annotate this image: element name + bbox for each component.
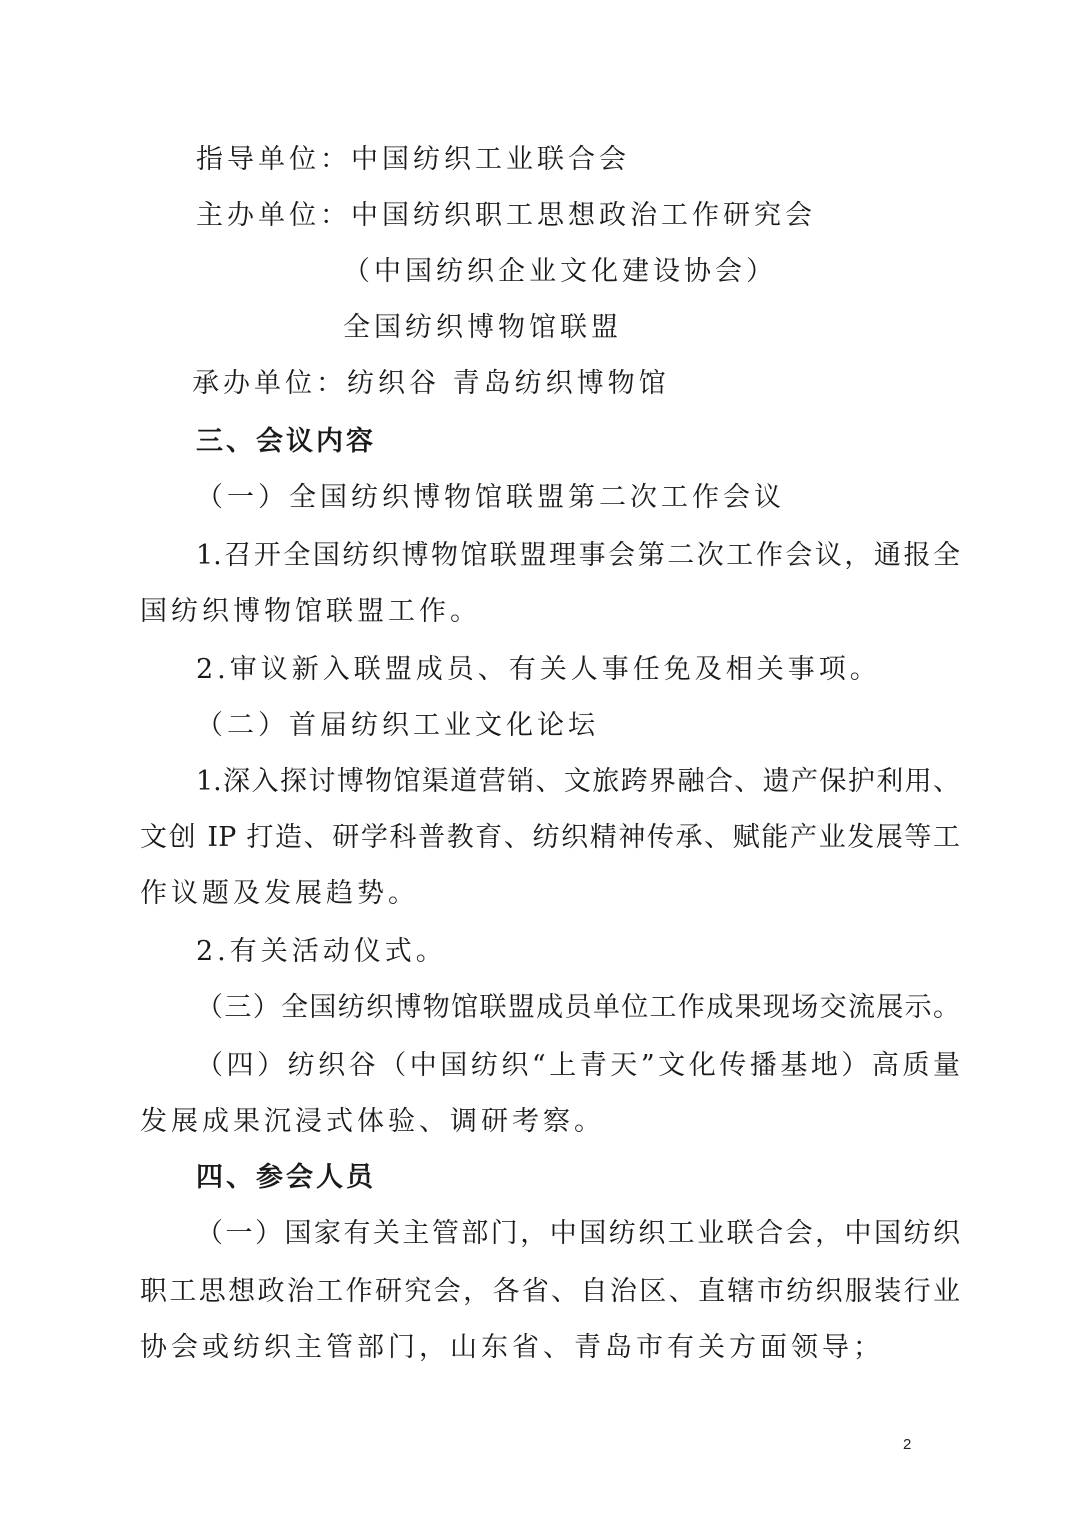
section-3-part-3: （三）全国纺织博物馆联盟成员单位工作成果现场交流展示。 <box>196 988 960 1028</box>
section-3-part-1-title: （一）全国纺织博物馆联盟第二次工作会议 <box>196 478 785 518</box>
section-3-part-2-title: （二）首届纺织工业文化论坛 <box>196 706 599 746</box>
section-3-part-1-item-1: 1.召开全国纺织博物馆联盟理事会第二次工作会议，通报全 <box>196 536 960 576</box>
section-3-part-2-item-1: 1.深入探讨博物馆渠道营销、文旅跨界融合、遗产保护利用、 <box>196 762 960 802</box>
section-4-part-1-end: 协会或纺织主管部门，山东省、青岛市有关方面领导； <box>140 1328 884 1368</box>
undertaking-unit: 承办单位：纺织谷 青岛纺织博物馆 <box>192 364 670 404</box>
hosting-unit: 主办单位：中国纺织职工思想政治工作研究会 <box>196 196 816 236</box>
section-3-part-2-item-2: 2.有关活动仪式。 <box>196 932 447 972</box>
section-4-part-1: （一）国家有关主管部门，中国纺织工业联合会，中国纺织 <box>196 1214 960 1254</box>
section-4-part-1-cont: 职工思想政治工作研究会，各省、自治区、直辖市纺织服装行业 <box>140 1272 960 1312</box>
hosting-unit-second: 全国纺织博物馆联盟 <box>343 308 622 348</box>
section-3-heading: 三、会议内容 <box>196 422 376 462</box>
section-3-part-2-item-1-cont: 文创 IP 打造、研学科普教育、纺织精神传承、赋能产业发展等工 <box>140 818 960 858</box>
section-3-part-1-item-2: 2.审议新入联盟成员、有关人事任免及相关事项。 <box>196 650 881 690</box>
section-3-part-4-cont: 发展成果沉浸式体验、调研考察。 <box>140 1102 605 1142</box>
section-3-part-1-item-1-cont: 国纺织博物馆联盟工作。 <box>140 592 481 632</box>
guiding-unit: 指导单位：中国纺织工业联合会 <box>196 140 630 180</box>
hosting-unit-alias: （中国纺织企业文化建设协会） <box>343 252 777 292</box>
section-3-part-4: （四）纺织谷（中国纺织“上青天”文化传播基地）高质量 <box>196 1046 960 1086</box>
section-4-heading: 四、参会人员 <box>196 1158 376 1198</box>
section-3-part-2-item-1-end: 作议题及发展趋势。 <box>140 874 419 914</box>
page-number: 2 <box>903 1436 911 1453</box>
